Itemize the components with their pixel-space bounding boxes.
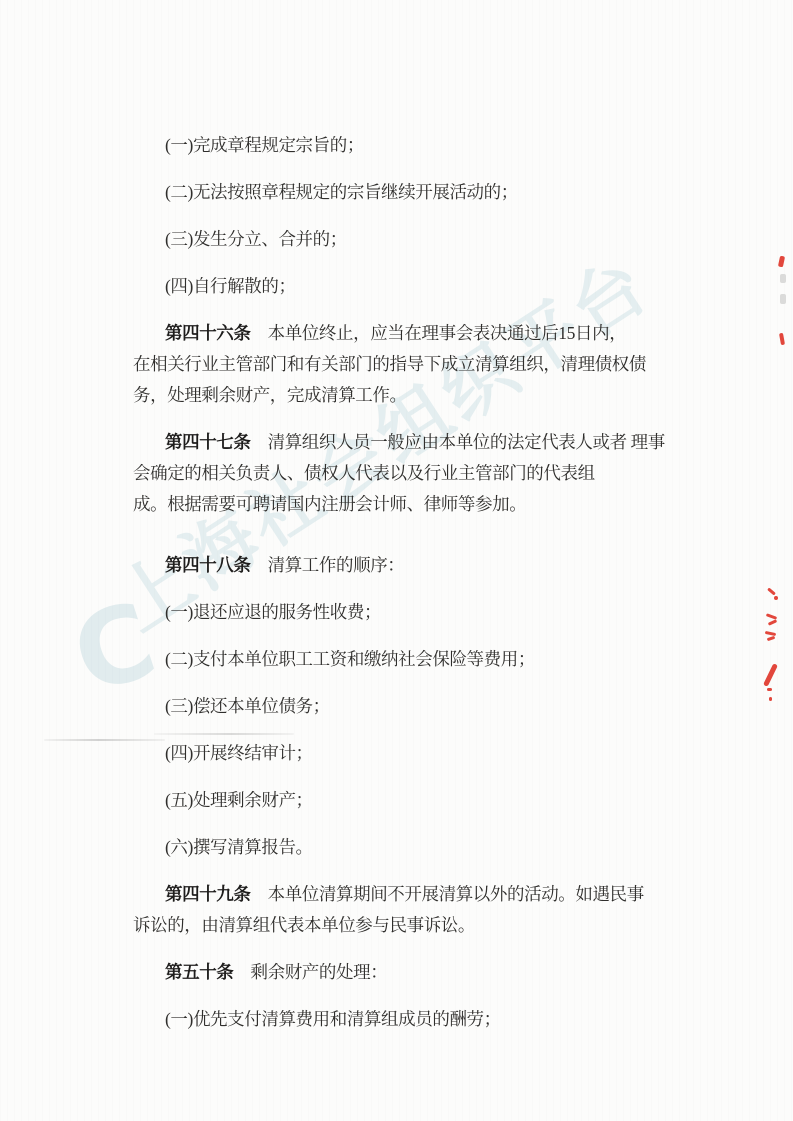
- red-ink-mark: [767, 688, 772, 691]
- gray-smudge-mark: [780, 294, 786, 304]
- text-line: 第五十条 剩余财产的处理：: [133, 957, 693, 988]
- clause-text: (四)自行解散的；: [165, 276, 296, 296]
- clause-text: 诉讼的，由清算组代表本单位参与民事诉讼。: [133, 915, 475, 935]
- clause-text: 本单位清算期间不开展清算以外的活动。如遇民事: [251, 884, 644, 904]
- text-line: (一)优先支付清算费用和清算组成员的酬劳；: [133, 1004, 693, 1035]
- clause-text: 务，处理剩余财产，完成清算工作。: [133, 385, 407, 405]
- text-block: (四)开展终结审计；: [133, 738, 693, 769]
- red-ink-mark: [763, 663, 778, 687]
- clause-text: (一)退还应退的服务性收费；: [165, 602, 381, 622]
- clause-text: (五)处理剩余财产；: [165, 790, 313, 810]
- charter-text-flow: (一)完成章程规定宗旨的；(二)无法按照章程规定的宗旨继续开展活动的；(三)发生…: [133, 130, 693, 1035]
- gray-smudge-mark: [780, 274, 786, 283]
- text-block: 第四十八条 清算工作的顺序：: [133, 550, 693, 581]
- text-line: 在相关行业主管部门和有关部门的指导下成立清算组织，清理债权债: [133, 349, 693, 380]
- text-block: (一)优先支付清算费用和清算组成员的酬劳；: [133, 1004, 693, 1035]
- clause-text: 在相关行业主管部门和有关部门的指导下成立清算组织，清理债权债: [133, 354, 646, 374]
- text-block: (三)偿还本单位债务；: [133, 691, 693, 722]
- text-block: 第五十条 剩余财产的处理：: [133, 957, 693, 988]
- red-ink-mark: [778, 256, 785, 268]
- text-line: (一)完成章程规定宗旨的；: [133, 130, 693, 161]
- clause-number: 第四十九条: [165, 884, 251, 904]
- clause-text: (一)完成章程规定宗旨的；: [165, 135, 364, 155]
- text-block: 第四十七条 清算组织人员一般应由本单位的法定代表人或者 理事会确定的相关负责人、…: [133, 427, 693, 520]
- text-block: (四)自行解散的；: [133, 271, 693, 302]
- clause-text: (四)开展终结审计；: [165, 743, 313, 763]
- clause-number: 第四十八条: [165, 555, 251, 575]
- red-ink-mark: [767, 587, 776, 595]
- clause-text: (六)撰写清算报告。: [165, 837, 313, 857]
- clause-text: (二)支付本单位职工工资和缴纳社会保险等费用；: [165, 649, 535, 669]
- text-line: (三)偿还本单位债务；: [133, 691, 693, 722]
- text-line: (二)无法按照章程规定的宗旨继续开展活动的；: [133, 177, 693, 208]
- text-line: (五)处理剩余财产；: [133, 785, 693, 816]
- text-block: (一)完成章程规定宗旨的；: [133, 130, 693, 161]
- clause-number: 第四十六条: [165, 323, 251, 343]
- clause-text: 会确定的相关负责人、债权人代表以及行业主管部门的代表组: [133, 463, 595, 483]
- red-ink-mark: [767, 636, 776, 641]
- text-block: (一)退还应退的服务性收费；: [133, 597, 693, 628]
- red-ink-mark: [774, 596, 778, 600]
- text-line: (三)发生分立、合并的；: [133, 224, 693, 255]
- text-line: (一)退还应退的服务性收费；: [133, 597, 693, 628]
- text-block: (六)撰写清算报告。: [133, 832, 693, 863]
- clause-text: 清算工作的顺序：: [251, 555, 405, 575]
- text-block: (三)发生分立、合并的；: [133, 224, 693, 255]
- text-line: (四)开展终结审计；: [133, 738, 693, 769]
- text-block: (二)无法按照章程规定的宗旨继续开展活动的；: [133, 177, 693, 208]
- document-page: C 上海社会组织平台 (一)完成章程规定宗旨的；(二)无法按照章程规定的宗旨继续…: [0, 0, 793, 1121]
- text-block: (五)处理剩余财产；: [133, 785, 693, 816]
- red-ink-mark: [779, 333, 785, 346]
- clause-number: 第五十条: [165, 962, 233, 982]
- red-ink-mark: [765, 631, 776, 636]
- text-line: 第四十七条 清算组织人员一般应由本单位的法定代表人或者 理事: [133, 427, 693, 458]
- clause-text: (二)无法按照章程规定的宗旨继续开展活动的；: [165, 182, 518, 202]
- clause-text: 清算组织人员一般应由本单位的法定代表人或者 理事: [251, 432, 665, 452]
- text-line: 会确定的相关负责人、债权人代表以及行业主管部门的代表组: [133, 458, 693, 489]
- clause-text: (一)优先支付清算费用和清算组成员的酬劳；: [165, 1009, 501, 1029]
- text-line: (二)支付本单位职工工资和缴纳社会保险等费用；: [133, 644, 693, 675]
- clause-text: (三)发生分立、合并的；: [165, 229, 347, 249]
- text-block: (二)支付本单位职工工资和缴纳社会保险等费用；: [133, 644, 693, 675]
- clause-text: (三)偿还本单位债务；: [165, 696, 330, 716]
- text-line: 成。根据需要可聘请国内注册会计师、律师等参加。: [133, 489, 693, 520]
- text-line: 诉讼的，由清算组代表本单位参与民事诉讼。: [133, 910, 693, 941]
- clause-text: 剩余财产的处理：: [233, 962, 387, 982]
- clause-text: 成。根据需要可聘请国内注册会计师、律师等参加。: [133, 494, 526, 514]
- text-line: 第四十八条 清算工作的顺序：: [133, 550, 693, 581]
- text-line: 第四十九条 本单位清算期间不开展清算以外的活动。如遇民事: [133, 879, 693, 910]
- text-line: 务，处理剩余财产，完成清算工作。: [133, 380, 693, 411]
- text-line: (四)自行解散的；: [133, 271, 693, 302]
- text-block: 第四十六条 本单位终止，应当在理事会表决通过后15日内，在相关行业主管部门和有关…: [133, 318, 693, 411]
- red-ink-mark: [768, 619, 777, 626]
- red-ink-mark: [769, 697, 772, 701]
- text-line: 第四十六条 本单位终止，应当在理事会表决通过后15日内，: [133, 318, 693, 349]
- text-line: (六)撰写清算报告。: [133, 832, 693, 863]
- clause-number: 第四十七条: [165, 432, 251, 452]
- clause-text: 本单位终止，应当在理事会表决通过后15日内，: [251, 323, 627, 343]
- text-block: 第四十九条 本单位清算期间不开展清算以外的活动。如遇民事诉讼的，由清算组代表本单…: [133, 879, 693, 941]
